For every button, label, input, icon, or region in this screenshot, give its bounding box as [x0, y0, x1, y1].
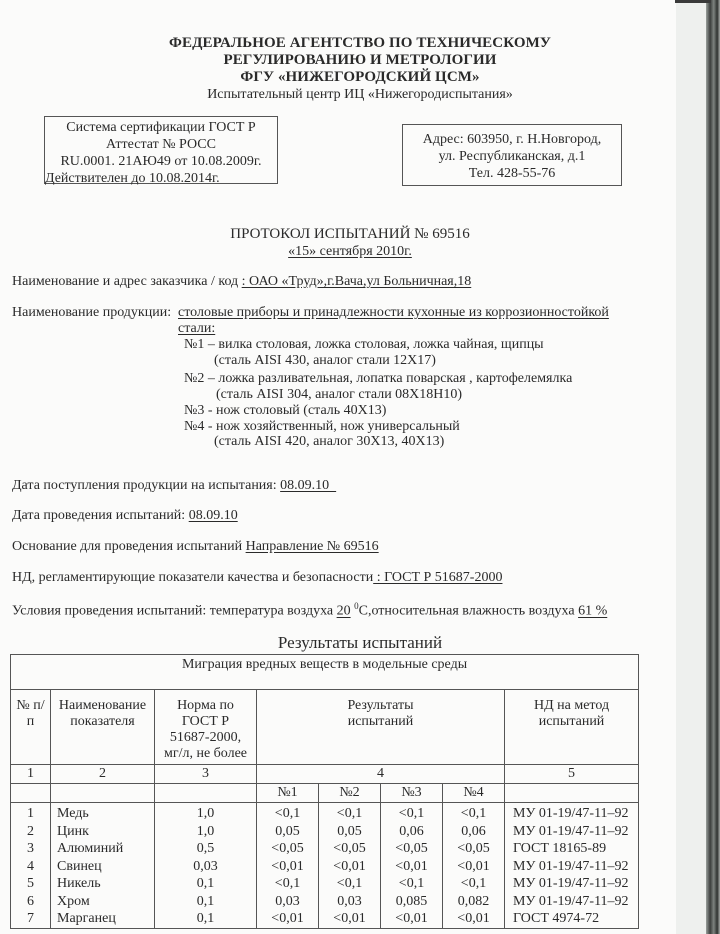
receipt-date-label: Дата поступления продукции на испытания:: [12, 478, 280, 493]
cell-r3-row-1: <0,1: [383, 805, 440, 823]
col-r2-values: <0,10,05<0,05<0,01<0,10,03<0,01: [319, 803, 381, 929]
col-header-norm: Норма по ГОСТ Р 51687-2000, мг/л, не бол…: [155, 690, 257, 765]
cell-norm-row-2: 1,0: [157, 823, 254, 841]
protocol-title: ПРОТОКОЛ ИСПЫТАНИЙ № 69516: [180, 226, 520, 243]
cell-name-row-5: Никель: [57, 875, 152, 893]
cell-num-row-6: 6: [13, 893, 48, 911]
scan-edge-top: [675, 0, 711, 3]
cell-name-row-4: Свинец: [57, 858, 152, 876]
cert-line-4: Действителен до 10.08.2014г.: [45, 170, 277, 187]
cell-r4-row-4: <0,01: [445, 858, 502, 876]
cell-r3-row-2: 0,06: [383, 823, 440, 841]
cell-r2-row-4: <0,01: [321, 858, 378, 876]
cell-r4-row-6: 0,082: [445, 893, 502, 911]
nd-value: : ГОСТ Р 51687-2000: [373, 570, 502, 585]
cell-name-row-2: Цинк: [57, 823, 152, 841]
conditions-mid: С,относительная влажность воздуха: [359, 604, 578, 619]
cell-method-row-4: МУ 01-19/47-11–92: [513, 858, 636, 876]
address-line-3: Тел. 428-55-76: [403, 165, 621, 182]
cell-r1-row-4: <0,01: [259, 858, 316, 876]
cell-method-row-1: МУ 01-19/47-11–92: [513, 805, 636, 823]
col-norm-values: 1,01,00,50,030,10,10,1: [155, 803, 257, 929]
cell-r4-row-5: <0,1: [445, 875, 502, 893]
cell-num-row-7: 7: [13, 910, 48, 928]
product-item-4-line-2: (сталь AISI 420, аналог 30Х13, 40Х13): [214, 434, 444, 450]
address-box: Адрес: 603950, г. Н.Новгород, ул. Респуб…: [402, 124, 622, 186]
customer-label: Наименование и адрес заказчика / код: [12, 274, 242, 289]
cell-r4-row-1: <0,1: [445, 805, 502, 823]
cell-norm-row-1: 1,0: [157, 805, 254, 823]
receipt-date-value: 08.09.10: [280, 478, 336, 493]
address-line-1: Адрес: 603950, г. Н.Новгород,: [403, 131, 621, 148]
basis-row: Основание для проведения испытаний Напра…: [12, 539, 379, 555]
col-header-results: Результаты испытаний: [257, 690, 505, 765]
nd-label: НД, регламентирующие показатели качества…: [12, 570, 373, 585]
cell-r2-row-6: 0,03: [321, 893, 378, 911]
sample-label-4: №4: [443, 784, 505, 803]
conditions-label: Условия проведения испытаний: температур…: [12, 604, 337, 619]
cell-num-row-1: 1: [13, 805, 48, 823]
cell-method-row-5: МУ 01-19/47-11–92: [513, 875, 636, 893]
cell-r4-row-2: 0,06: [445, 823, 502, 841]
basis-label: Основание для проведения испытаний: [12, 539, 246, 554]
address-line-2: ул. Республиканская, д.1: [403, 148, 621, 165]
cell-r1-row-6: 0,03: [259, 893, 316, 911]
scan-margin: [676, 0, 706, 934]
cell-r4-row-7: <0,01: [445, 910, 502, 928]
test-date-row: Дата проведения испытаний: 08.09.10: [12, 508, 238, 524]
customer-row: Наименование и адрес заказчика / код : О…: [12, 274, 471, 290]
cell-r2-row-7: <0,01: [321, 910, 378, 928]
basis-value: Направление № 69516: [246, 539, 379, 554]
results-title: Результаты испытаний: [160, 633, 560, 653]
cell-norm-row-4: 0,03: [157, 858, 254, 876]
sample-labels-row: №1 №2 №3 №4: [11, 784, 639, 803]
protocol-date: «15» сентября 2010г.: [180, 244, 520, 260]
col-r4-values: <0,10,06<0,05<0,01<0,10,082<0,01: [443, 803, 505, 929]
cell-r1-row-3: <0,05: [259, 840, 316, 858]
humidity-value: 61 %: [578, 604, 607, 619]
sample-label-2: №2: [319, 784, 381, 803]
cell-r3-row-3: <0,05: [383, 840, 440, 858]
test-date-value: 08.09.10: [189, 508, 238, 523]
test-date-label: Дата проведения испытаний:: [12, 508, 189, 523]
cell-r3-row-7: <0,01: [383, 910, 440, 928]
document-page: ФЕДЕРАЛЬНОЕ АГЕНТСТВО ПО ТЕХНИЧЕСКОМУ РЕ…: [0, 0, 690, 934]
cell-name-row-7: Марганец: [57, 910, 152, 928]
col-index-5: 5: [505, 765, 639, 784]
col-header-num: № п/п: [11, 690, 51, 765]
cell-r2-row-1: <0,1: [321, 805, 378, 823]
cell-method-row-3: ГОСТ 18165-89: [513, 840, 636, 858]
sample-label-3: №3: [381, 784, 443, 803]
test-center-name: Испытательный центр ИЦ «Нижегородиспытан…: [160, 86, 560, 104]
product-item-4-line-1: №4 - нож хозяйственный, нож универсальны…: [184, 419, 460, 435]
product-item-1-line-2: (сталь AISI 430, аналог стали 12Х17): [214, 353, 436, 369]
customer-value: : ОАО «Труд»,г.Вача,ул Больничная,18: [242, 274, 472, 289]
col-index-2: 2: [51, 765, 155, 784]
col-r1-values: <0,10,05<0,05<0,01<0,10,03<0,01: [257, 803, 319, 929]
results-header-row: № п/п Наименование показателя Норма по Г…: [11, 690, 639, 765]
cell-name-row-1: Медь: [57, 805, 152, 823]
col-method-values: МУ 01-19/47-11–92МУ 01-19/47-11–92ГОСТ 1…: [505, 803, 639, 929]
product-item-3-line-1: №3 - нож столовый (сталь 40Х13): [184, 403, 386, 419]
results-body-row: 1234567 МедьЦинкАлюминийСвинецНикельХром…: [11, 803, 639, 929]
cert-line-1: Система сертификации ГОСТ Р: [45, 119, 277, 136]
product-label: Наименование продукции:: [12, 305, 171, 321]
col-index-1: 1: [11, 765, 51, 784]
cell-r1-row-2: 0,05: [259, 823, 316, 841]
cell-method-row-2: МУ 01-19/47-11–92: [513, 823, 636, 841]
temperature-value: 20: [337, 604, 351, 619]
product-value-line-2: стали:: [178, 321, 215, 337]
results-subtitle: Миграция вредных веществ в модельные сре…: [11, 655, 639, 690]
cell-r3-row-5: <0,1: [383, 875, 440, 893]
cell-r2-row-5: <0,1: [321, 875, 378, 893]
product-item-2-line-2: (сталь AISI 304, аналог стали 08Х18Н10): [216, 387, 462, 403]
cell-name-row-6: Хром: [57, 893, 152, 911]
results-subtitle-row: Миграция вредных веществ в модельные сре…: [11, 655, 639, 690]
cell-num-row-3: 3: [13, 840, 48, 858]
cell-r1-row-7: <0,01: [259, 910, 316, 928]
cert-line-2: Аттестат № РОСС: [45, 136, 277, 153]
col-index-4: 4: [257, 765, 505, 784]
certification-box: Система сертификации ГОСТ Р Аттестат № Р…: [44, 116, 278, 184]
col-header-name: Наименование показателя: [51, 690, 155, 765]
product-item-1-line-1: №1 – вилка столовая, ложка столовая, лож…: [184, 337, 544, 353]
cert-line-3: RU.0001. 21АЮ49 от 10.08.2009г.: [45, 153, 277, 170]
cell-norm-row-3: 0,5: [157, 840, 254, 858]
scan-edge: [706, 0, 720, 934]
cell-num-row-5: 5: [13, 875, 48, 893]
cell-norm-row-5: 0,1: [157, 875, 254, 893]
cell-r3-row-6: 0,085: [383, 893, 440, 911]
cell-norm-row-6: 0,1: [157, 893, 254, 911]
cell-r1-row-5: <0,1: [259, 875, 316, 893]
cell-method-row-6: МУ 01-19/47-11–92: [513, 893, 636, 911]
cell-r3-row-4: <0,01: [383, 858, 440, 876]
cell-r2-row-3: <0,05: [321, 840, 378, 858]
agency-line-3: ФГУ «НИЖЕГОРОДСКИЙ ЦСМ»: [160, 68, 560, 87]
product-item-2-line-1: №2 – ложка разливательная, лопатка повар…: [184, 371, 572, 387]
col-num-values: 1234567: [11, 803, 51, 929]
conditions-row: Условия проведения испытаний: температур…: [12, 601, 607, 620]
col-r3-values: <0,10,06<0,05<0,01<0,10,085<0,01: [381, 803, 443, 929]
cell-method-row-7: ГОСТ 4974-72: [513, 910, 636, 928]
results-table: Миграция вредных веществ в модельные сре…: [10, 654, 639, 929]
column-index-row: 1 2 3 4 5: [11, 765, 639, 784]
cell-r4-row-3: <0,05: [445, 840, 502, 858]
col-name-values: МедьЦинкАлюминийСвинецНикельХромМарганец: [51, 803, 155, 929]
cell-num-row-4: 4: [13, 858, 48, 876]
nd-row: НД, регламентирующие показатели качества…: [12, 570, 502, 586]
cell-r1-row-1: <0,1: [259, 805, 316, 823]
cell-r2-row-2: 0,05: [321, 823, 378, 841]
cell-name-row-3: Алюминий: [57, 840, 152, 858]
receipt-date-row: Дата поступления продукции на испытания:…: [12, 478, 336, 494]
product-value-line-1: столовые приборы и принадлежности кухонн…: [178, 305, 609, 321]
sample-label-1: №1: [257, 784, 319, 803]
cell-norm-row-7: 0,1: [157, 910, 254, 928]
cell-num-row-2: 2: [13, 823, 48, 841]
col-header-method: НД на метод испытаний: [505, 690, 639, 765]
col-index-3: 3: [155, 765, 257, 784]
